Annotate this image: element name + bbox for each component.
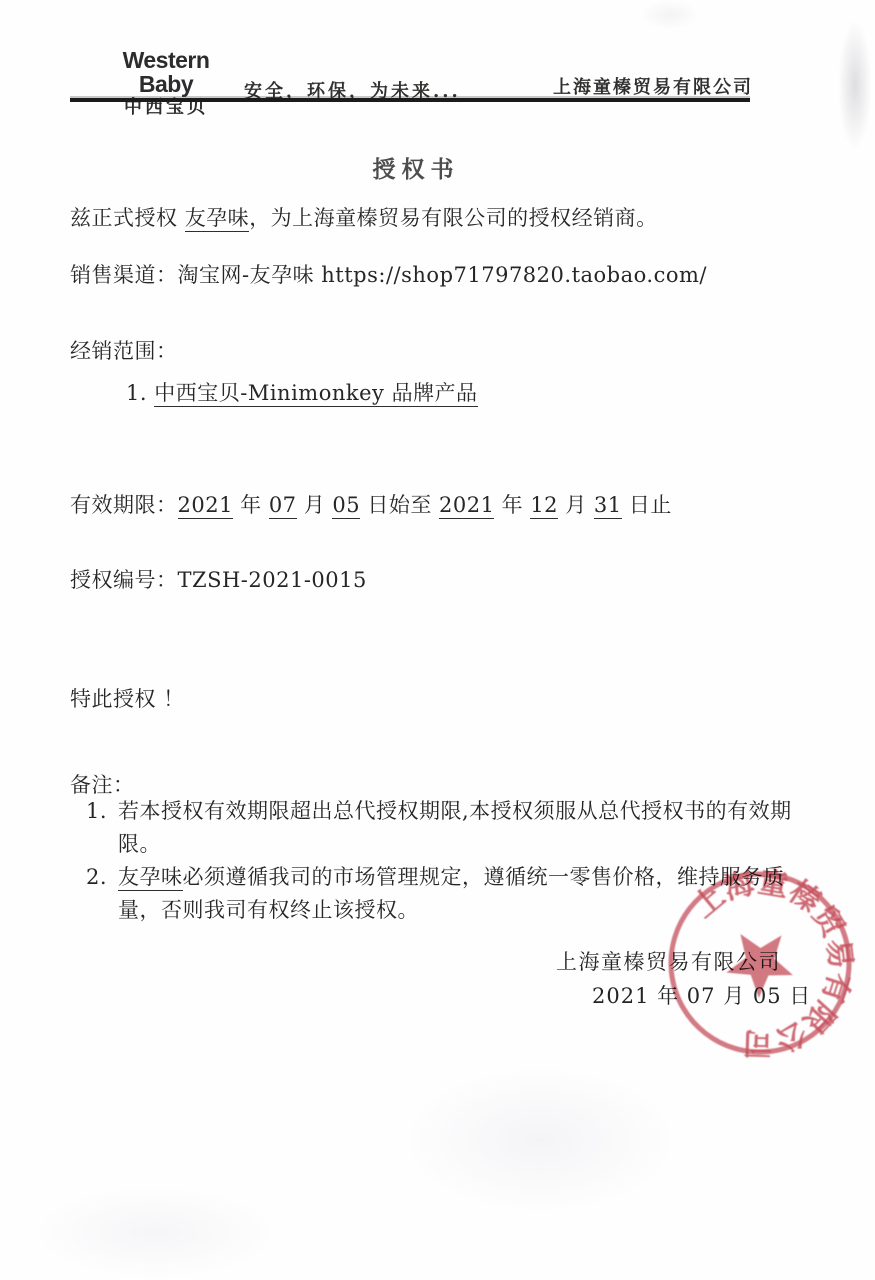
header-divider	[70, 98, 750, 102]
dealer-name: 友孕味	[185, 206, 250, 232]
note-item-number: 1.	[86, 795, 110, 861]
validity-end-month: 12	[530, 493, 558, 519]
validity-line: 有效期限：2021 年 07 月 05 日始至 2021 年 12 月 31 日…	[70, 489, 672, 519]
validity-sep: 日止	[622, 493, 672, 517]
validity-sep: 月	[297, 493, 333, 517]
scope-label: 经销范围：	[70, 335, 178, 365]
seal-star-icon	[716, 915, 807, 1006]
page-title: 授权书	[0, 151, 832, 184]
logo-english-text: Western Baby	[93, 48, 239, 96]
authorization-prefix: 兹正式授权	[70, 206, 185, 230]
validity-end-day: 31	[594, 493, 622, 519]
note-item-number: 2.	[86, 861, 110, 927]
scope-item-text: 中西宝贝-Minimonkey 品牌产品	[154, 381, 477, 407]
validity-sep: 月	[558, 493, 594, 517]
validity-start-month: 07	[269, 493, 297, 519]
validity-end-year: 2021	[439, 493, 494, 519]
authorization-suffix: ，为上海童榛贸易有限公司的授权经销商。	[249, 206, 658, 230]
validity-sep: 年	[233, 493, 269, 517]
company-seal-stamp: 上海童榛贸易有限公司	[645, 848, 875, 1078]
scan-artifact	[640, 0, 700, 30]
authorization-number-line: 授权编号：TZSH-2021-0015	[70, 564, 367, 594]
scope-item-number: 1.	[126, 381, 147, 405]
scope-item: 1. 中西宝贝-Minimonkey 品牌产品	[126, 377, 478, 407]
sales-channel-label: 销售渠道：	[70, 263, 178, 287]
validity-sep: 日始至	[360, 493, 439, 517]
sales-channel-value: 淘宝网-友孕味 https://shop71797820.taobao.com/	[178, 263, 707, 287]
authorization-number-value: TZSH-2021-0015	[178, 568, 367, 592]
validity-label: 有效期限：	[70, 493, 178, 517]
validity-start-year: 2021	[178, 493, 233, 519]
scan-artifact	[400, 1065, 680, 1215]
validity-start-day: 05	[332, 493, 360, 519]
hereby-statement: 特此授权 ！	[70, 683, 185, 713]
note-dealer-name: 友孕味	[118, 865, 183, 891]
validity-sep: 年	[494, 493, 530, 517]
authorization-letter-page: Western Baby 中西宝贝 安全，环保，为未来... 上海童榛贸易有限公…	[0, 0, 875, 1280]
scan-artifact	[838, 20, 872, 150]
scan-artifact	[30, 1185, 280, 1280]
authorization-number-label: 授权编号：	[70, 568, 178, 592]
authorization-statement: 兹正式授权 友孕味，为上海童榛贸易有限公司的授权经销商。	[70, 202, 658, 232]
company-logo: Western Baby 中西宝贝	[93, 48, 239, 118]
header-company-name: 上海童榛贸易有限公司	[553, 73, 753, 99]
sales-channel-line: 销售渠道：淘宝网-友孕味 https://shop71797820.taobao…	[70, 259, 707, 289]
